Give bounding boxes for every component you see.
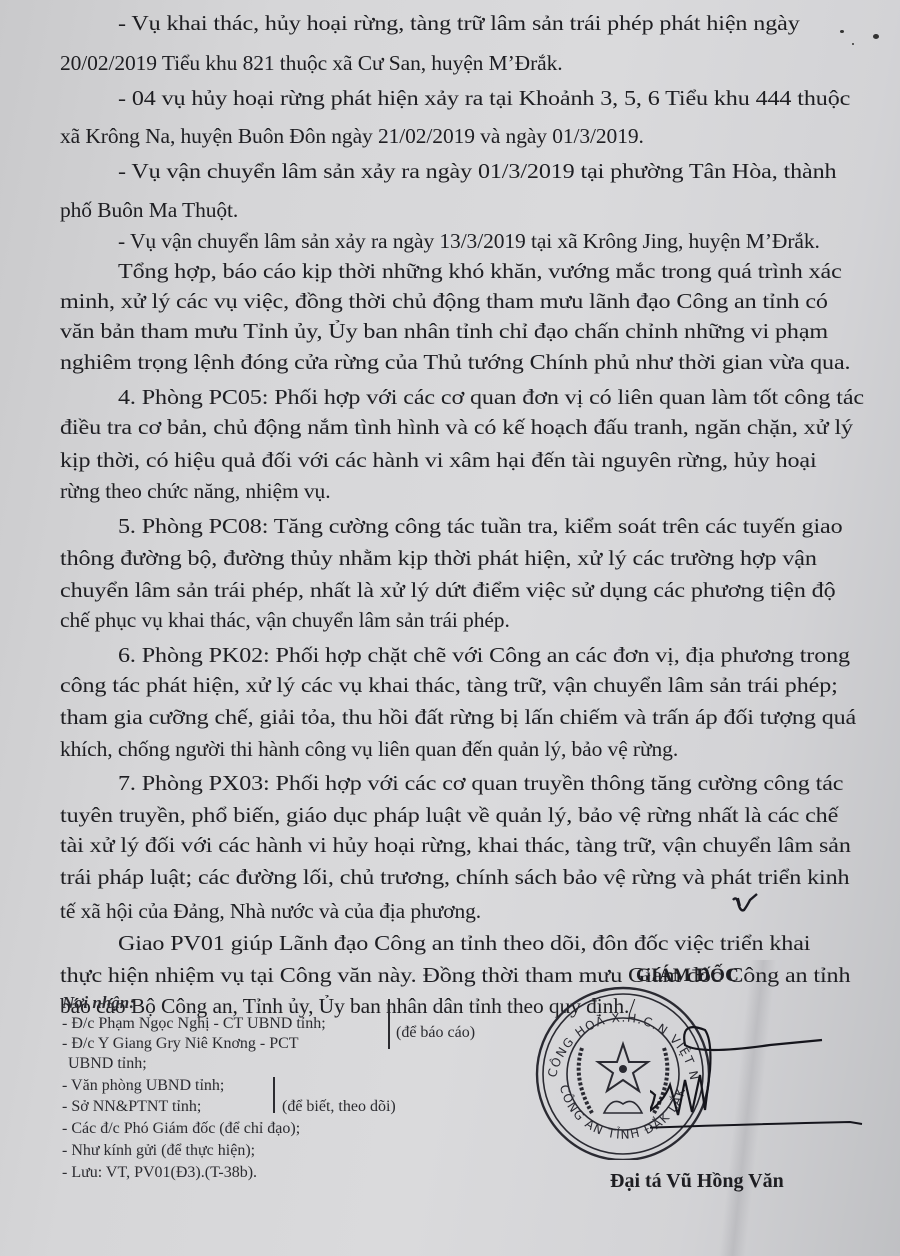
body-text-line: minh, xử lý các vụ việc, đồng thời chủ đ… bbox=[60, 288, 828, 314]
body-text-line: văn bản tham mưu Tỉnh ủy, Ủy ban nhân tỉ… bbox=[60, 318, 828, 344]
body-text-line: trái pháp luật; các đường lối, chủ trươn… bbox=[60, 864, 849, 890]
recipient-group-note: (để biết, theo dõi) bbox=[282, 1097, 396, 1117]
recipient-item: - Lưu: VT, PV01(Đ3).(T-38b). bbox=[62, 1163, 257, 1183]
recipient-item: UBND tỉnh; bbox=[68, 1054, 147, 1074]
recipient-item: - Như kính gửi (để thực hiện); bbox=[62, 1141, 255, 1161]
recipient-item: - Văn phòng UBND tỉnh; bbox=[62, 1076, 224, 1096]
signatory-title: GIÁM ĐỐC bbox=[636, 965, 739, 987]
body-text-line: khích, chống người thi hành công vụ liên… bbox=[60, 736, 678, 762]
body-text-line: 6. Phòng PK02: Phối hợp chặt chẽ với Côn… bbox=[118, 642, 850, 668]
body-text-line: điều tra cơ bản, chủ động nắm tình hình … bbox=[60, 414, 853, 440]
body-text-line: tế xã hội của Đảng, Nhà nước và của địa … bbox=[60, 898, 481, 924]
body-text-line: - Vụ vận chuyển lâm sản xảy ra ngày 01/3… bbox=[118, 158, 836, 184]
recipient-item: - Các đ/c Phó Giám đốc (để chỉ đạo); bbox=[62, 1119, 300, 1139]
body-text-line: tài xử lý đối với các hành vi hủy hoại r… bbox=[60, 832, 851, 858]
signature-icon bbox=[650, 1000, 900, 1140]
recipient-item: - Đ/c Phạm Ngọc Nghị - CT UBND tỉnh; bbox=[62, 1014, 326, 1034]
paper-speck bbox=[852, 43, 854, 45]
body-text-line: tham gia cưỡng chế, giải tỏa, thu hồi đấ… bbox=[60, 704, 856, 730]
body-text-line: tuyên truyền, phổ biến, giáo dục pháp lu… bbox=[60, 802, 838, 828]
recipient-group-note: (để báo cáo) bbox=[396, 1023, 475, 1043]
bracket-divider bbox=[388, 999, 390, 1049]
body-text-line: công tác phát hiện, xử lý các vụ khai th… bbox=[60, 672, 838, 698]
body-text-line: 20/02/2019 Tiểu khu 821 thuộc xã Cư San,… bbox=[60, 50, 563, 76]
signatory-name: Đại tá Vũ Hồng Văn bbox=[610, 1170, 784, 1193]
body-text-line: 7. Phòng PX03: Phối hợp với các cơ quan … bbox=[118, 770, 843, 796]
body-text-line: Tổng hợp, báo cáo kịp thời những khó khă… bbox=[118, 258, 842, 284]
body-text-line: - Vụ khai thác, hủy hoại rừng, tàng trữ … bbox=[118, 10, 800, 36]
recipient-item: - Sở NN&PTNT tỉnh; bbox=[62, 1097, 201, 1117]
body-text-line: - 04 vụ hủy hoại rừng phát hiện xảy ra t… bbox=[118, 85, 850, 111]
body-text-line: rừng theo chức năng, nhiệm vụ. bbox=[60, 478, 330, 504]
paper-speck bbox=[840, 30, 844, 33]
body-text-line: xã Krông Na, huyện Buôn Đôn ngày 21/02/2… bbox=[60, 123, 644, 149]
body-text-line: 4. Phòng PC05: Phối hợp với các cơ quan … bbox=[118, 384, 864, 410]
paper-speck bbox=[873, 34, 879, 39]
recipients-heading: Nơi nhận: bbox=[62, 993, 135, 1013]
body-text-line: phố Buôn Ma Thuột. bbox=[60, 197, 238, 223]
bracket-divider bbox=[273, 1077, 275, 1113]
body-text-line: Giao PV01 giúp Lãnh đạo Công an tỉnh the… bbox=[118, 930, 810, 956]
body-text-line: chuyển lâm sản trái phép, nhất là xử lý … bbox=[60, 577, 836, 603]
body-text-line: nghiêm trọng lệnh đóng cửa rừng của Thủ … bbox=[60, 349, 850, 375]
body-text-line: - Vụ vận chuyển lâm sản xảy ra ngày 13/3… bbox=[118, 228, 820, 254]
initial-check-icon bbox=[730, 892, 760, 918]
body-text-line: thông đường bộ, đường thủy nhằm kịp thời… bbox=[60, 545, 817, 571]
recipient-item: - Đ/c Y Giang Gry Niê Knơng - PCT bbox=[62, 1034, 299, 1054]
document-page: - Vụ khai thác, hủy hoại rừng, tàng trữ … bbox=[0, 0, 900, 1256]
body-text-line: 5. Phòng PC08: Tăng cường công tác tuần … bbox=[118, 513, 843, 539]
body-text-line: chế phục vụ khai thác, vận chuyển lâm sả… bbox=[60, 607, 510, 633]
body-text-line: kịp thời, có hiệu quả đối với các hành v… bbox=[60, 447, 817, 473]
